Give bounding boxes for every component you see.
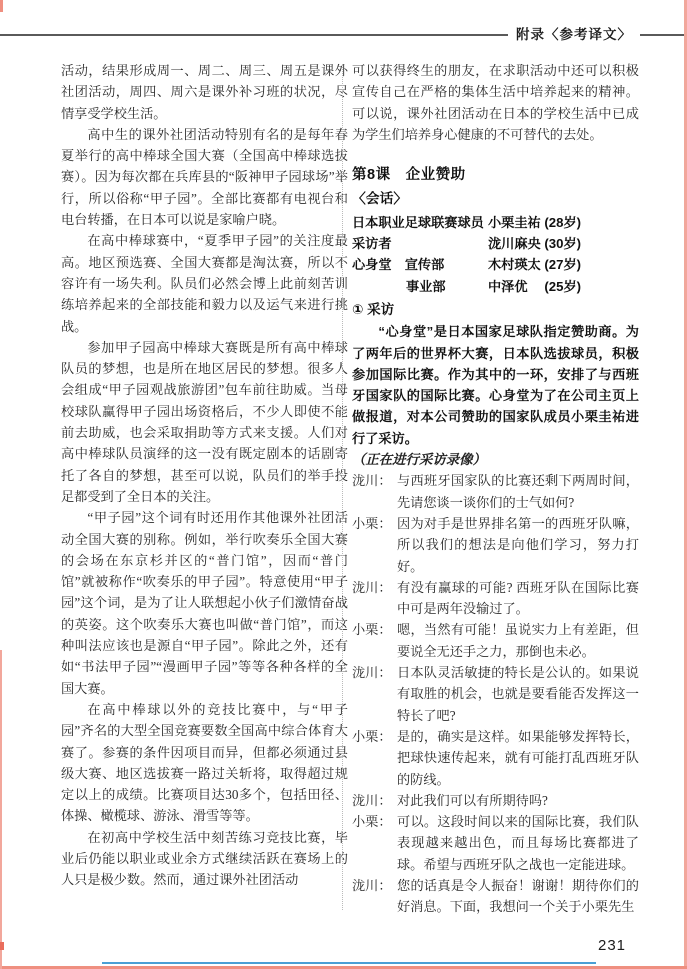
dialog-line: 泷川： 您的话真是令人振奋！谢谢！期待你们的好消息。下面，我想问一个关于小栗先生 xyxy=(352,875,639,918)
dialog-speaker: 泷川： xyxy=(352,577,397,620)
paragraph: 在初高中学校生活中刻苦练习竞技比赛，毕业后仍能以职业或业余方式继续活跃在赛场上的… xyxy=(61,827,348,891)
stage-direction: （正在进行采访录像） xyxy=(352,449,639,470)
cast-name: 泷川麻央 (30岁) xyxy=(488,233,639,254)
paragraph: 活动，结果形成周一、周二、周三、周五是课外社团活动，周四、周六是课外补习班的状况… xyxy=(61,60,348,124)
dialog-speaker: 泷川： xyxy=(352,875,397,918)
cast-list: 日本职业足球联赛球员 小栗圭祐 (28岁) 采访者 泷川麻央 (30岁) 心身堂… xyxy=(352,212,639,297)
dialog-text: 对此我们可以有所期待吗? xyxy=(397,790,639,811)
cast-row: 心身堂 宣传部 木村瑛太 (27岁) xyxy=(352,254,639,275)
scan-edge-corner-mark xyxy=(0,0,3,12)
dialog-text: 您的话真是令人振奋！谢谢！期待你们的好消息。下面，我想问一个关于小栗先生 xyxy=(397,875,639,918)
paragraph: 在高中棒球赛中，“夏季甲子园”的关注度最高。地区预选赛、全国大赛都是淘汰赛，所以… xyxy=(61,230,348,336)
header-title: 附录〈参考译文〉 xyxy=(508,24,640,46)
dialog-line: 泷川： 对此我们可以有所期待吗? xyxy=(352,790,639,811)
paragraph: 可以获得终生的朋友，在求职活动中还可以积极宣传自己在严格的集体生活中培养起来的精… xyxy=(352,60,639,145)
dialog: 泷川： 与西班牙国家队的比赛还剩下两周时间，先请您谈一谈你们的士气如何? 小栗：… xyxy=(352,470,639,917)
dialog-speaker: 泷川： xyxy=(352,470,397,513)
dialog-speaker: 泷川： xyxy=(352,790,397,811)
page-header: 附录〈参考译文〉 xyxy=(0,24,687,46)
textbook-page: 附录〈参考译文〉 活动，结果形成周一、周二、周三、周五是课外社团活动，周四、周六… xyxy=(0,0,687,969)
scan-edge-left-mark xyxy=(0,942,4,950)
dialog-text: 嗯，当然有可能！虽说实力上有差距，但要说全无还手之力，那倒也未必。 xyxy=(397,619,639,662)
paragraph: “甲子园”这个词有时还用作其他课外社团活动全国大赛的别称。例如，举行吹奏乐全国大… xyxy=(61,507,348,699)
lesson-title: 第8课 企业赞助 xyxy=(352,165,639,186)
cast-role: 采访者 xyxy=(352,233,488,254)
dialog-line: 泷川： 日本队灵活敏捷的特长是公认的。如果说有取胜的机会，也就是要看能否发挥这一… xyxy=(352,662,639,726)
dialog-text: 因为对手是世界排名第一的西班牙队嘛，所以我们的想法是向他们学习，努力打好。 xyxy=(397,513,639,577)
cast-role: 心身堂 宣传部 xyxy=(352,254,488,275)
cast-name: 小栗圭祐 (28岁) xyxy=(488,212,639,233)
dialog-line: 小栗： 嗯，当然有可能！虽说实力上有差距，但要说全无还手之力，那倒也未必。 xyxy=(352,619,639,662)
dialog-line: 小栗： 可以。这段时间以来的国际比赛，我们队表现越来越出色，而且每场比赛都进了球… xyxy=(352,811,639,875)
cast-role: 事业部 xyxy=(352,276,488,297)
dialog-text: 与西班牙国家队的比赛还剩下两周时间，先请您谈一谈你们的士气如何? xyxy=(397,470,639,513)
paragraph: 在高中棒球以外的竞技比赛中，与“甲子园”齐名的大型全国竞赛要数全国高中综合体育大… xyxy=(61,699,348,827)
dialog-line: 泷川： 有没有赢球的可能? 西班牙队在国际比赛中可是两年没输过了。 xyxy=(352,577,639,620)
cast-row: 采访者 泷川麻央 (30岁) xyxy=(352,233,639,254)
cast-row: 日本职业足球联赛球员 小栗圭祐 (28岁) xyxy=(352,212,639,233)
dialog-line: 泷川： 与西班牙国家队的比赛还剩下两周时间，先请您谈一谈你们的士气如何? xyxy=(352,470,639,513)
cast-role: 日本职业足球联赛球员 xyxy=(352,212,488,233)
section-label: 〈会话〉 xyxy=(352,188,639,209)
paragraph: 参加甲子园高中棒球大赛既是所有高中棒球队员的梦想，也是所在地区居民的梦想。很多人… xyxy=(61,337,348,507)
right-column: 可以获得终生的朋友，在求职活动中还可以积极宣传自己在严格的集体生活中培养起来的精… xyxy=(352,60,639,918)
dialog-speaker: 小栗： xyxy=(352,811,397,875)
paragraph: 高中生的课外社团活动特别有名的是每年春夏举行的高中棒球全国大赛（全国高中棒球选拔… xyxy=(61,124,348,230)
dialog-text: 日本队灵活敏捷的特长是公认的。如果说有取胜的机会，也就是要看能否发挥这一特长了吧… xyxy=(397,662,639,726)
dialog-line: 小栗： 因为对手是世界排名第一的西班牙队嘛，所以我们的想法是向他们学习，努力打好… xyxy=(352,513,639,577)
dialog-text: 有没有赢球的可能? 西班牙队在国际比赛中可是两年没输过了。 xyxy=(397,577,639,620)
dialog-line: 小栗： 是的，确实是这样。如果能够发挥特长，把球快速传起来，就有可能打乱西班牙队… xyxy=(352,726,639,790)
column-divider xyxy=(342,64,343,910)
left-column: 活动，结果形成周一、周二、周三、周五是课外社团活动，周四、周六是课外补习班的状况… xyxy=(61,60,348,891)
scan-edge-left xyxy=(0,650,2,969)
cast-name: 中泽优 (25岁) xyxy=(488,276,639,297)
subsection-heading: ① 采访 xyxy=(352,299,639,320)
cast-name: 木村瑛太 (27岁) xyxy=(488,254,639,275)
bottom-blue-rule xyxy=(102,962,596,964)
page-number: 231 xyxy=(598,937,626,954)
dialog-text: 是的，确实是这样。如果能够发挥特长，把球快速传起来，就有可能打乱西班牙队的防线。 xyxy=(397,726,639,790)
cast-row: 事业部 中泽优 (25岁) xyxy=(352,276,639,297)
dialog-speaker: 小栗： xyxy=(352,726,397,790)
dialog-speaker: 小栗： xyxy=(352,619,397,662)
dialog-text: 可以。这段时间以来的国际比赛，我们队表现越来越出色，而且每场比赛都进了球。希望与… xyxy=(397,811,639,875)
dialog-speaker: 泷川： xyxy=(352,662,397,726)
intro-paragraph: “心身堂”是日本国家足球队指定赞助商。为了两年后的世界杯大赛，日本队选拔球员，积… xyxy=(352,321,639,449)
dialog-speaker: 小栗： xyxy=(352,513,397,577)
